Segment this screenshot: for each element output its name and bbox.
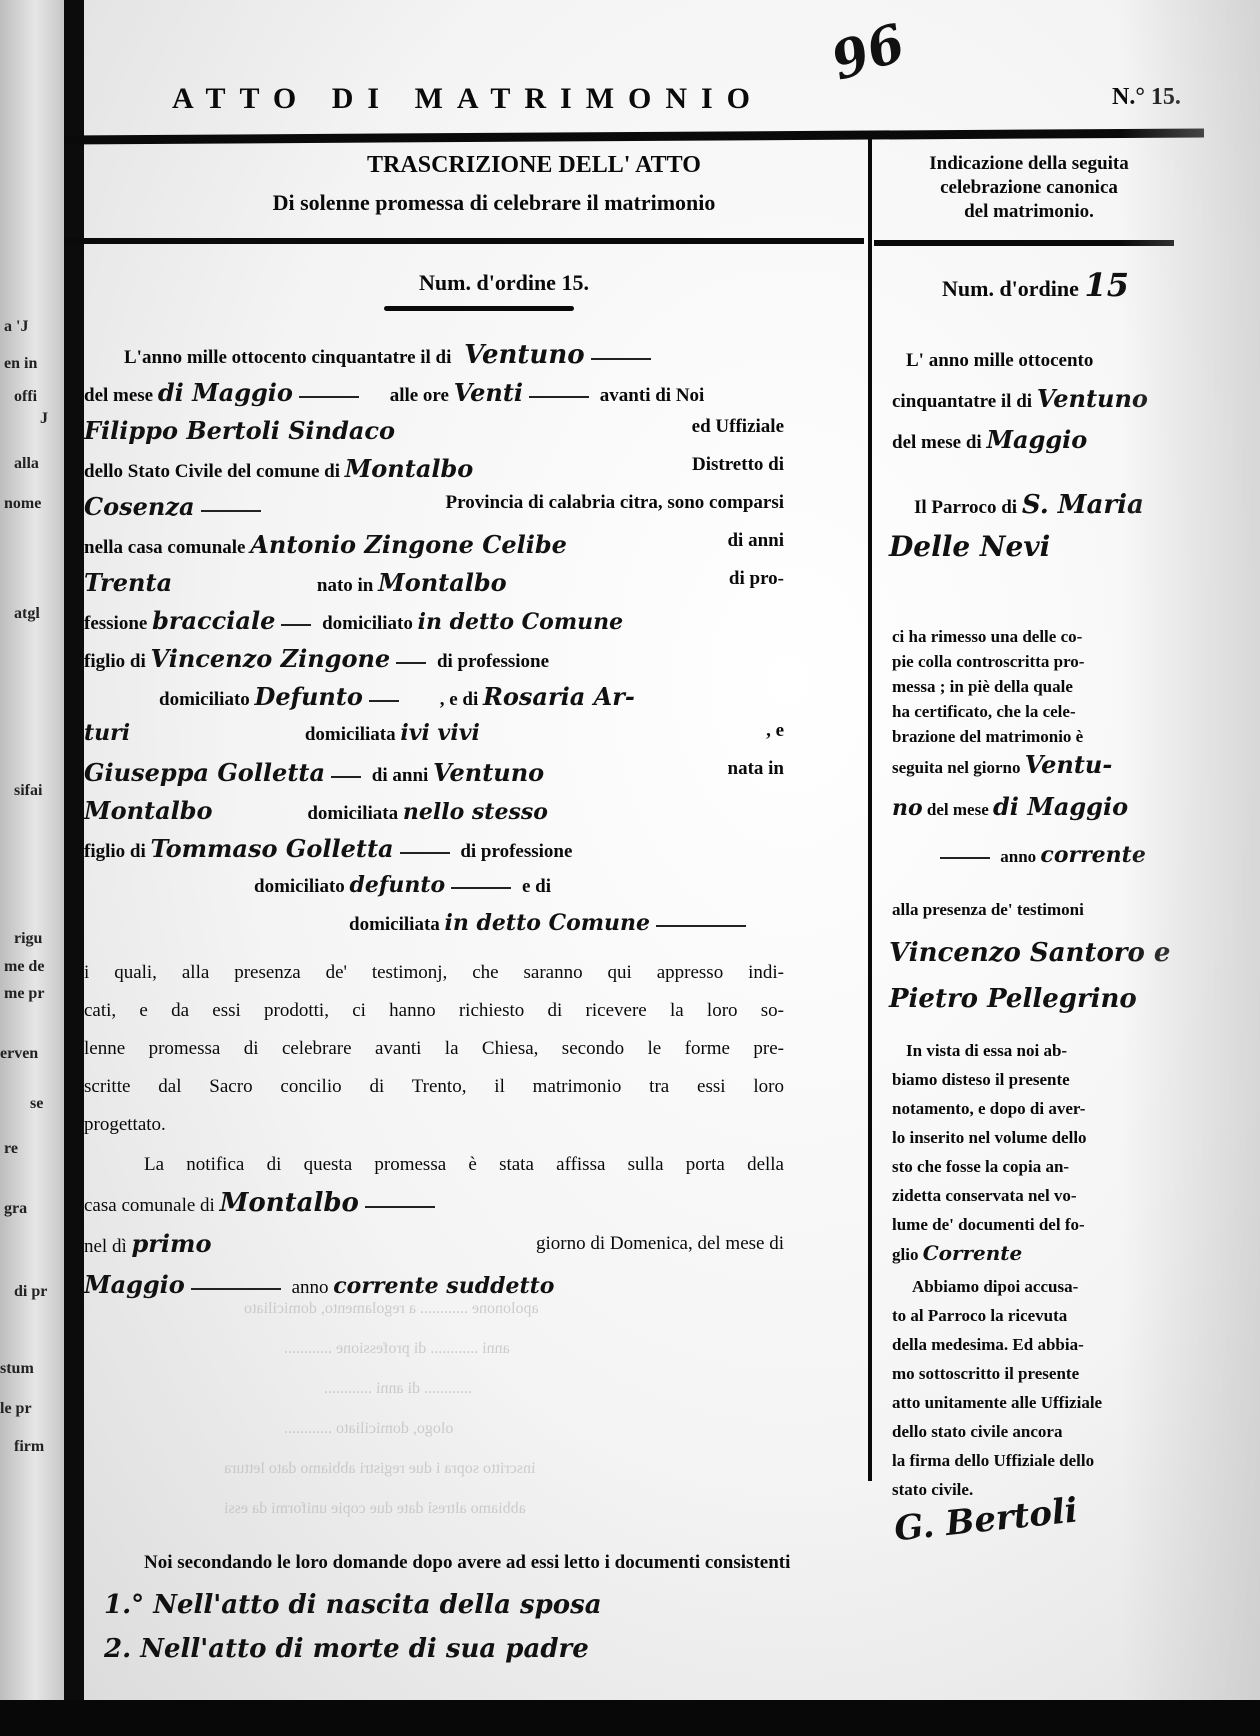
adjacent-page-fragment: nome: [4, 495, 41, 513]
right-vista-block: In vista di essa noi ab- biamo disteso i…: [892, 1036, 1087, 1269]
handwritten-notice-commune: Montalbo: [220, 1188, 359, 1218]
left-line-1: L'anno mille ottocento cinquantatre il d…: [104, 340, 657, 370]
handwritten-bride-father-status: defunto: [350, 872, 446, 898]
adjacent-page-fragment: J: [40, 410, 48, 428]
handwritten-bride-domicile: nello stesso: [403, 799, 548, 825]
header-rule: [64, 129, 1204, 145]
left-heading-transcription: TRASCRIZIONE DELL' ATTO: [254, 152, 814, 179]
handwritten-groom-age: Trenta: [84, 568, 172, 597]
left-line-3: Filippo Bertoli Sindaco ed Uffiziale: [84, 416, 784, 445]
right-remittance-block: ci ha rimesso una delle co- pie colla co…: [892, 624, 1084, 749]
handwritten-parish-continued: Delle Nevi: [889, 530, 1050, 563]
left-line-15: domiciliato defunto e di: [84, 872, 784, 898]
handwritten-bride-name: Giuseppa Golletta: [84, 758, 325, 787]
adjacent-page-fragment: stum: [0, 1360, 34, 1378]
handwritten-commune: Montalbo: [345, 454, 474, 483]
handwritten-district: Cosenza: [84, 492, 195, 521]
adjacent-page-fragment: sifai: [14, 782, 42, 800]
adjacent-page-fragment: rigu: [14, 930, 42, 948]
left-line-8: fessione bracciale domiciliato in detto …: [84, 606, 784, 635]
left-order-number: Num. d'ordine 15.: [334, 270, 674, 296]
adjacent-page-fragment: erven: [0, 1045, 38, 1063]
handwritten-witness-2: Pietro Pellegrino: [889, 984, 1137, 1014]
adjacent-page-fragment: re: [4, 1140, 18, 1158]
bleed-through-text: inscritto sopra i due registri abbiamo d…: [224, 1460, 535, 1478]
handwritten-mother-domicile: ivi vivi: [400, 720, 479, 746]
handwritten-bride-birthplace: Montalbo: [84, 796, 213, 825]
adjacent-page-fragment: offi: [14, 388, 37, 406]
promise-paragraph: i quali, alla presenza de' testimonj, ch…: [84, 954, 784, 1144]
left-line-10: domiciliato Defunto , e di Rosaria Ar-: [84, 682, 784, 711]
left-line-4: dello Stato Civile del comune di Montalb…: [84, 454, 784, 483]
handwritten-groom-mother: Rosaria Ar-: [483, 682, 635, 711]
bleed-through-text: ologo, domiciliato ............: [284, 1420, 453, 1438]
document-title: ATTO DI MATRIMONIO: [172, 82, 764, 116]
right-date-block: L' anno mille ottocento cinquantatre il …: [892, 342, 1148, 462]
adjacent-page-fragment: di pr: [14, 1283, 47, 1301]
handwritten-groom-profession: bracciale: [152, 606, 275, 635]
handwritten-groom-birthplace: Montalbo: [378, 568, 507, 597]
handwritten-officer-name: Filippo Bertoli Sindaco: [84, 416, 395, 445]
adjacent-page-fragment: en in: [4, 355, 37, 373]
adjacent-page-fragment: alla: [14, 455, 39, 473]
handwritten-notice-month: Maggio: [84, 1270, 185, 1299]
book-spine-gutter: [64, 0, 84, 1736]
handwritten-document-2: 2. Nell'atto di morte di sua padre: [104, 1634, 589, 1664]
adjacent-page-fragment: me de: [4, 958, 44, 976]
anno-line: anno corrente: [934, 842, 1146, 868]
left-line-13: Montalbo domiciliata nello stesso: [84, 796, 784, 825]
adjacent-page-strip: a 'J en in offi J alla nome atgl sifai r…: [0, 0, 64, 1736]
handwritten-groom-domicile: in detto Comune: [418, 609, 624, 635]
left-line-12: Giuseppa Golletta di anni Ventuno nata i…: [84, 758, 784, 787]
mese-line: no del mese di Maggio: [892, 792, 1128, 821]
right-closing-block: Abbiamo dipoi accusa- to al Parroco la r…: [892, 1272, 1102, 1504]
register-page: 96 ATTO DI MATRIMONIO N.° 15. TRASCRIZIO…: [84, 0, 1260, 1700]
bleed-through-text: anni ............ di professione .......…: [284, 1340, 510, 1358]
scan-bottom-border: [0, 1700, 1260, 1736]
handwritten-hour: Venti: [454, 378, 523, 407]
column-divider: [868, 136, 872, 1481]
left-line-16: domiciliata in detto Comune: [84, 910, 784, 936]
seguita-line: seguita nel giorno Ventu-: [892, 750, 1112, 779]
handwritten-bride-mother-domicile: in detto Comune: [445, 910, 651, 936]
footer-documents-line: Noi secondando le loro domande dopo aver…: [144, 1552, 790, 1574]
handwritten-notice-day: primo: [132, 1229, 212, 1258]
handwritten-groom-father: Vincenzo Zingone: [151, 644, 391, 673]
adjacent-page-fragment: firm: [14, 1438, 44, 1456]
left-line-5: Cosenza Provincia di calabria citra, son…: [84, 492, 784, 521]
adjacent-page-fragment: me pr: [4, 985, 44, 1003]
left-heading-rule: [64, 238, 864, 244]
handwritten-day: Ventuno: [464, 340, 584, 370]
testimoni-line: alla presenza de' testimoni: [892, 900, 1084, 920]
handwritten-seguita-day: Ventu-: [1025, 750, 1113, 779]
handwritten-bride-age: Ventuno: [433, 758, 544, 787]
handwritten-father-status: Defunto: [255, 682, 363, 711]
handwritten-notice-year: corrente suddetto: [333, 1273, 554, 1299]
adjacent-page-fragment: gra: [4, 1200, 27, 1218]
bleed-through-text: apolonone ............ a regolamento, do…: [244, 1300, 539, 1318]
handwritten-groom-name: Antonio Zingone Celibe: [250, 530, 567, 559]
notification-paragraph: La notifica di questa promessa è stata a…: [84, 1146, 784, 1307]
left-heading-promise: Di solenne promessa di celebrare il matr…: [144, 190, 844, 216]
left-line-2: del mese di Maggio alle ore Venti avanti…: [84, 378, 784, 407]
left-line-9: figlio di Vincenzo Zingone di profession…: [84, 644, 784, 673]
handwritten-bride-father: Tommaso Golletta: [151, 834, 394, 863]
bleed-through-text: abbiamo altresì date due copie uniformi …: [224, 1500, 526, 1518]
right-order-number: Num. d'ordine 15: [942, 266, 1129, 304]
handwritten-folio-ref: Corrente: [923, 1241, 1023, 1265]
adjacent-page-fragment: a 'J: [4, 318, 28, 336]
page-edge-shading: [1120, 0, 1260, 1700]
adjacent-page-fragment: se: [30, 1095, 43, 1113]
bleed-through-text: ............ di anni ............: [324, 1380, 472, 1398]
left-line-14: figlio di Tommaso Golletta di profession…: [84, 834, 784, 863]
handwritten-celebration-month: Maggio: [986, 425, 1087, 454]
adjacent-page-fragment: le pr: [0, 1400, 32, 1418]
left-line-6: nella casa comunale Antonio Zingone Celi…: [84, 530, 784, 559]
adjacent-page-fragment: atgl: [14, 605, 40, 623]
order-underline-ornament: [384, 306, 574, 311]
handwritten-seguita-month: di Maggio: [993, 792, 1128, 821]
handwritten-month: di Maggio: [158, 378, 293, 407]
left-line-7: Trenta nato in Montalbo di pro-: [84, 568, 784, 597]
handwritten-document-1: 1.° Nell'atto di nascita della sposa: [104, 1590, 602, 1620]
left-line-11: turi domiciliata ivi vivi , e: [84, 720, 784, 746]
parroco-line: Il Parroco di S. Maria: [914, 490, 1144, 520]
folio-number: 96: [824, 12, 912, 92]
